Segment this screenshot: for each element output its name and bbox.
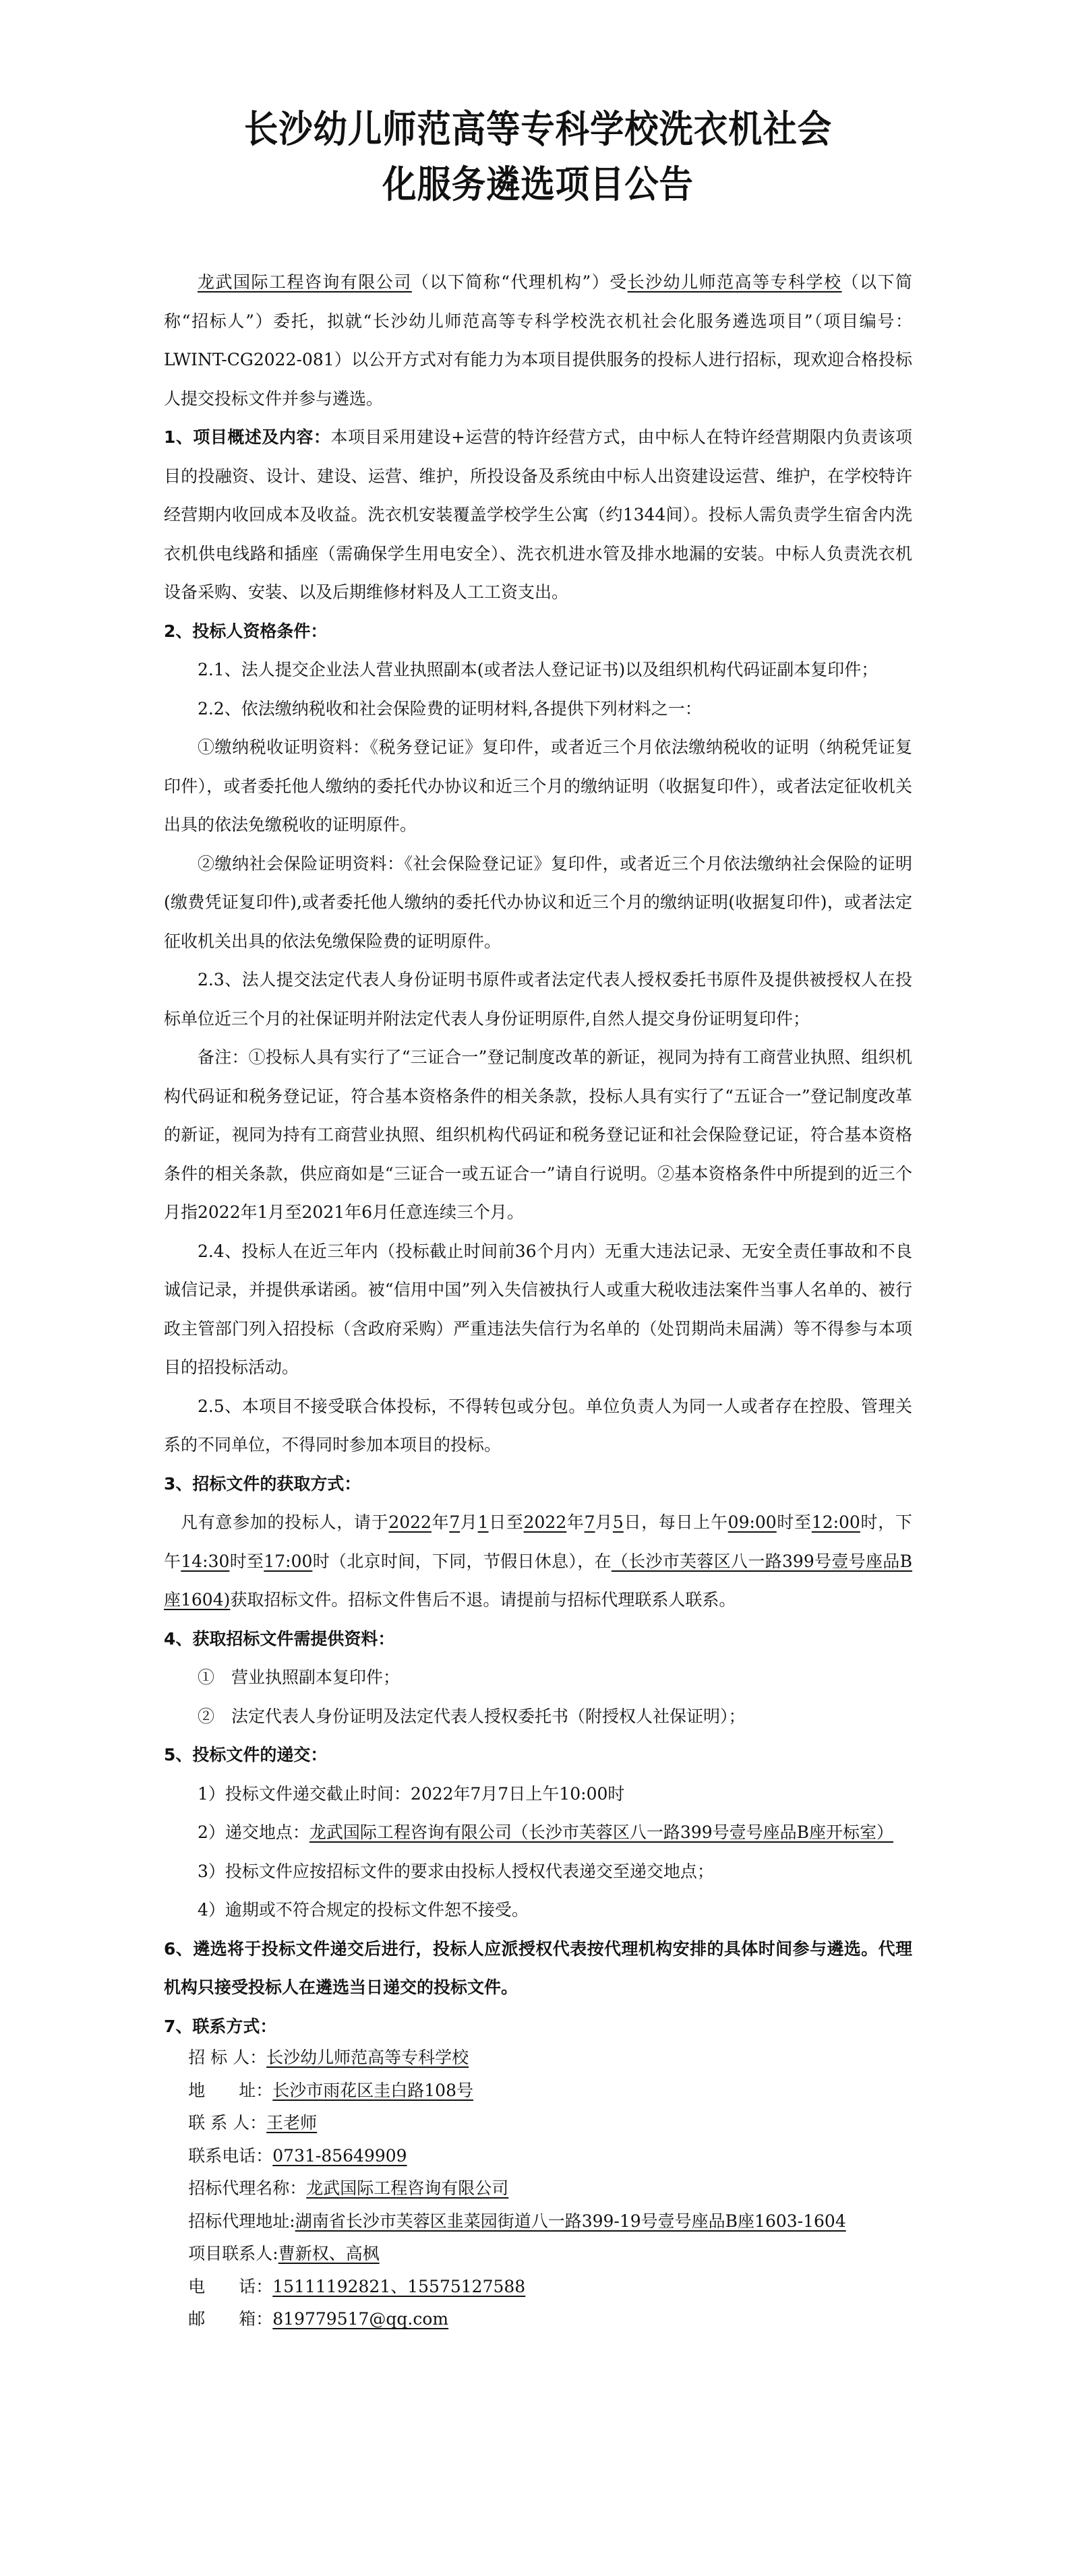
title-line-1: 长沙幼儿师范高等专科学校洗衣机社会 (202, 102, 875, 158)
submission-rule: 3）投标文件应按招标文件的要求由投标人授权代表递交至递交地点； (164, 1852, 912, 1891)
clause-2-1: 2.1、法人提交企业法人营业执照副本(或者法人登记证书)以及组织机构代码证副本复… (164, 650, 912, 689)
contact-agent-address: 招标代理地址:湖南省长沙市芙蓉区韭菜园街道八一路399-19号壹号座品B座160… (164, 2205, 912, 2238)
clause-2-3: 2.3、法人提交法定代表人身份证明书原件或者法定代表人授权委托书原件及提供被授权… (164, 960, 912, 1038)
section-4-heading: 4、获取招标文件需提供资料： (164, 1620, 912, 1659)
section-1-heading: 1、项目概述及内容： (164, 427, 330, 447)
clause-2-4: 2.4、投标人在近三年内（投标截止时间前36个月内）无重大违法记录、无安全责任事… (164, 1232, 912, 1387)
required-doc-item: ① 营业执照副本复印件； (164, 1658, 912, 1697)
submission-location: 2）递交地点：龙武国际工程咨询有限公司（长沙市芙蓉区八一路399号壹号座品B座开… (164, 1813, 912, 1852)
contact-agent-phone: 电 话：15111192821、15575127588 (164, 2271, 912, 2304)
contact-tenderer: 招 标 人：长沙幼儿师范高等专科学校 (164, 2042, 912, 2075)
contact-list: 招 标 人：长沙幼儿师范高等专科学校 地 址：长沙市雨花区圭白路108号 联 系… (164, 2042, 912, 2336)
clause-2-5: 2.5、本项目不接受联合体投标，不得转包或分包。单位负责人为同一人或者存在控股、… (164, 1387, 912, 1465)
section-5-heading: 5、投标文件的递交： (164, 1736, 912, 1775)
intro-paragraph: 龙武国际工程咨询有限公司（以下简称“代理机构”）受长沙幼儿师范高等专科学校（以下… (164, 263, 912, 418)
section-1-text: 本项目采用建设+运营的特许经营方式，由中标人在特许经营期限内负责该项目的投融资、… (164, 427, 912, 602)
email-link[interactable]: 819779517@qq.com (272, 2309, 448, 2329)
section-3-text: 凡有意参加的投标人，请于2022年7月1日至2022年7月5日，每日上午09:0… (164, 1503, 912, 1620)
contact-agent-name: 招标代理名称：龙武国际工程咨询有限公司 (164, 2172, 912, 2205)
section-3-heading: 3、招标文件的获取方式： (164, 1465, 912, 1504)
section-1: 1、项目概述及内容：本项目采用建设+运营的特许经营方式，由中标人在特许经营期限内… (164, 418, 912, 612)
clause-2-2-tax: ①缴纳税收证明资料：《税务登记证》复印件，或者近三个月依法缴纳税收的证明（纳税凭… (164, 728, 912, 845)
required-doc-item: ② 法定代表人身份证明及法定代表人授权委托书（附授权人社保证明）； (164, 1697, 912, 1736)
section-6: 6、遴选将于投标文件递交后进行，投标人应派授权代表按代理机构安排的具体时间参与遴… (164, 1930, 912, 2007)
late-submission-rule: 4）逾期或不符合规定的投标文件恕不接受。 (164, 1891, 912, 1930)
title-line-2: 化服务遴选项目公告 (202, 158, 875, 213)
document-body: 龙武国际工程咨询有限公司（以下简称“代理机构”）受长沙幼儿师范高等专科学校（以下… (164, 263, 912, 2336)
contact-person: 联 系 人：王老师 (164, 2107, 912, 2140)
contact-project-person: 项目联系人:曹新权、高枫 (164, 2238, 912, 2271)
contact-email: 邮 箱：819779517@qq.com (164, 2303, 912, 2336)
tenderer-name: 长沙幼儿师范高等专科学校 (628, 272, 842, 292)
document-title: 长沙幼儿师范高等专科学校洗衣机社会 化服务遴选项目公告 (202, 102, 875, 213)
submission-deadline: 1）投标文件递交截止时间：2022年7月7日上午10:00时 (164, 1775, 912, 1814)
clause-note: 备注：①投标人具有实行了“三证合一”登记制度改革的新证，视同为持有工商营业执照、… (164, 1038, 912, 1232)
contact-phone: 联系电话：0731-85649909 (164, 2140, 912, 2173)
section-2-heading: 2、投标人资格条件： (164, 612, 912, 651)
agent-name: 龙武国际工程咨询有限公司 (198, 272, 412, 292)
section-7-heading: 7、联系方式： (164, 2007, 912, 2046)
contact-address: 地 址：长沙市雨花区圭白路108号 (164, 2075, 912, 2108)
clause-2-2: 2.2、依法缴纳税收和社会保险费的证明材料,各提供下列材料之一： (164, 689, 912, 729)
clause-2-2-social-insurance: ②缴纳社会保险证明资料：《社会保险登记证》复印件，或者近三个月依法缴纳社会保险的… (164, 845, 912, 961)
